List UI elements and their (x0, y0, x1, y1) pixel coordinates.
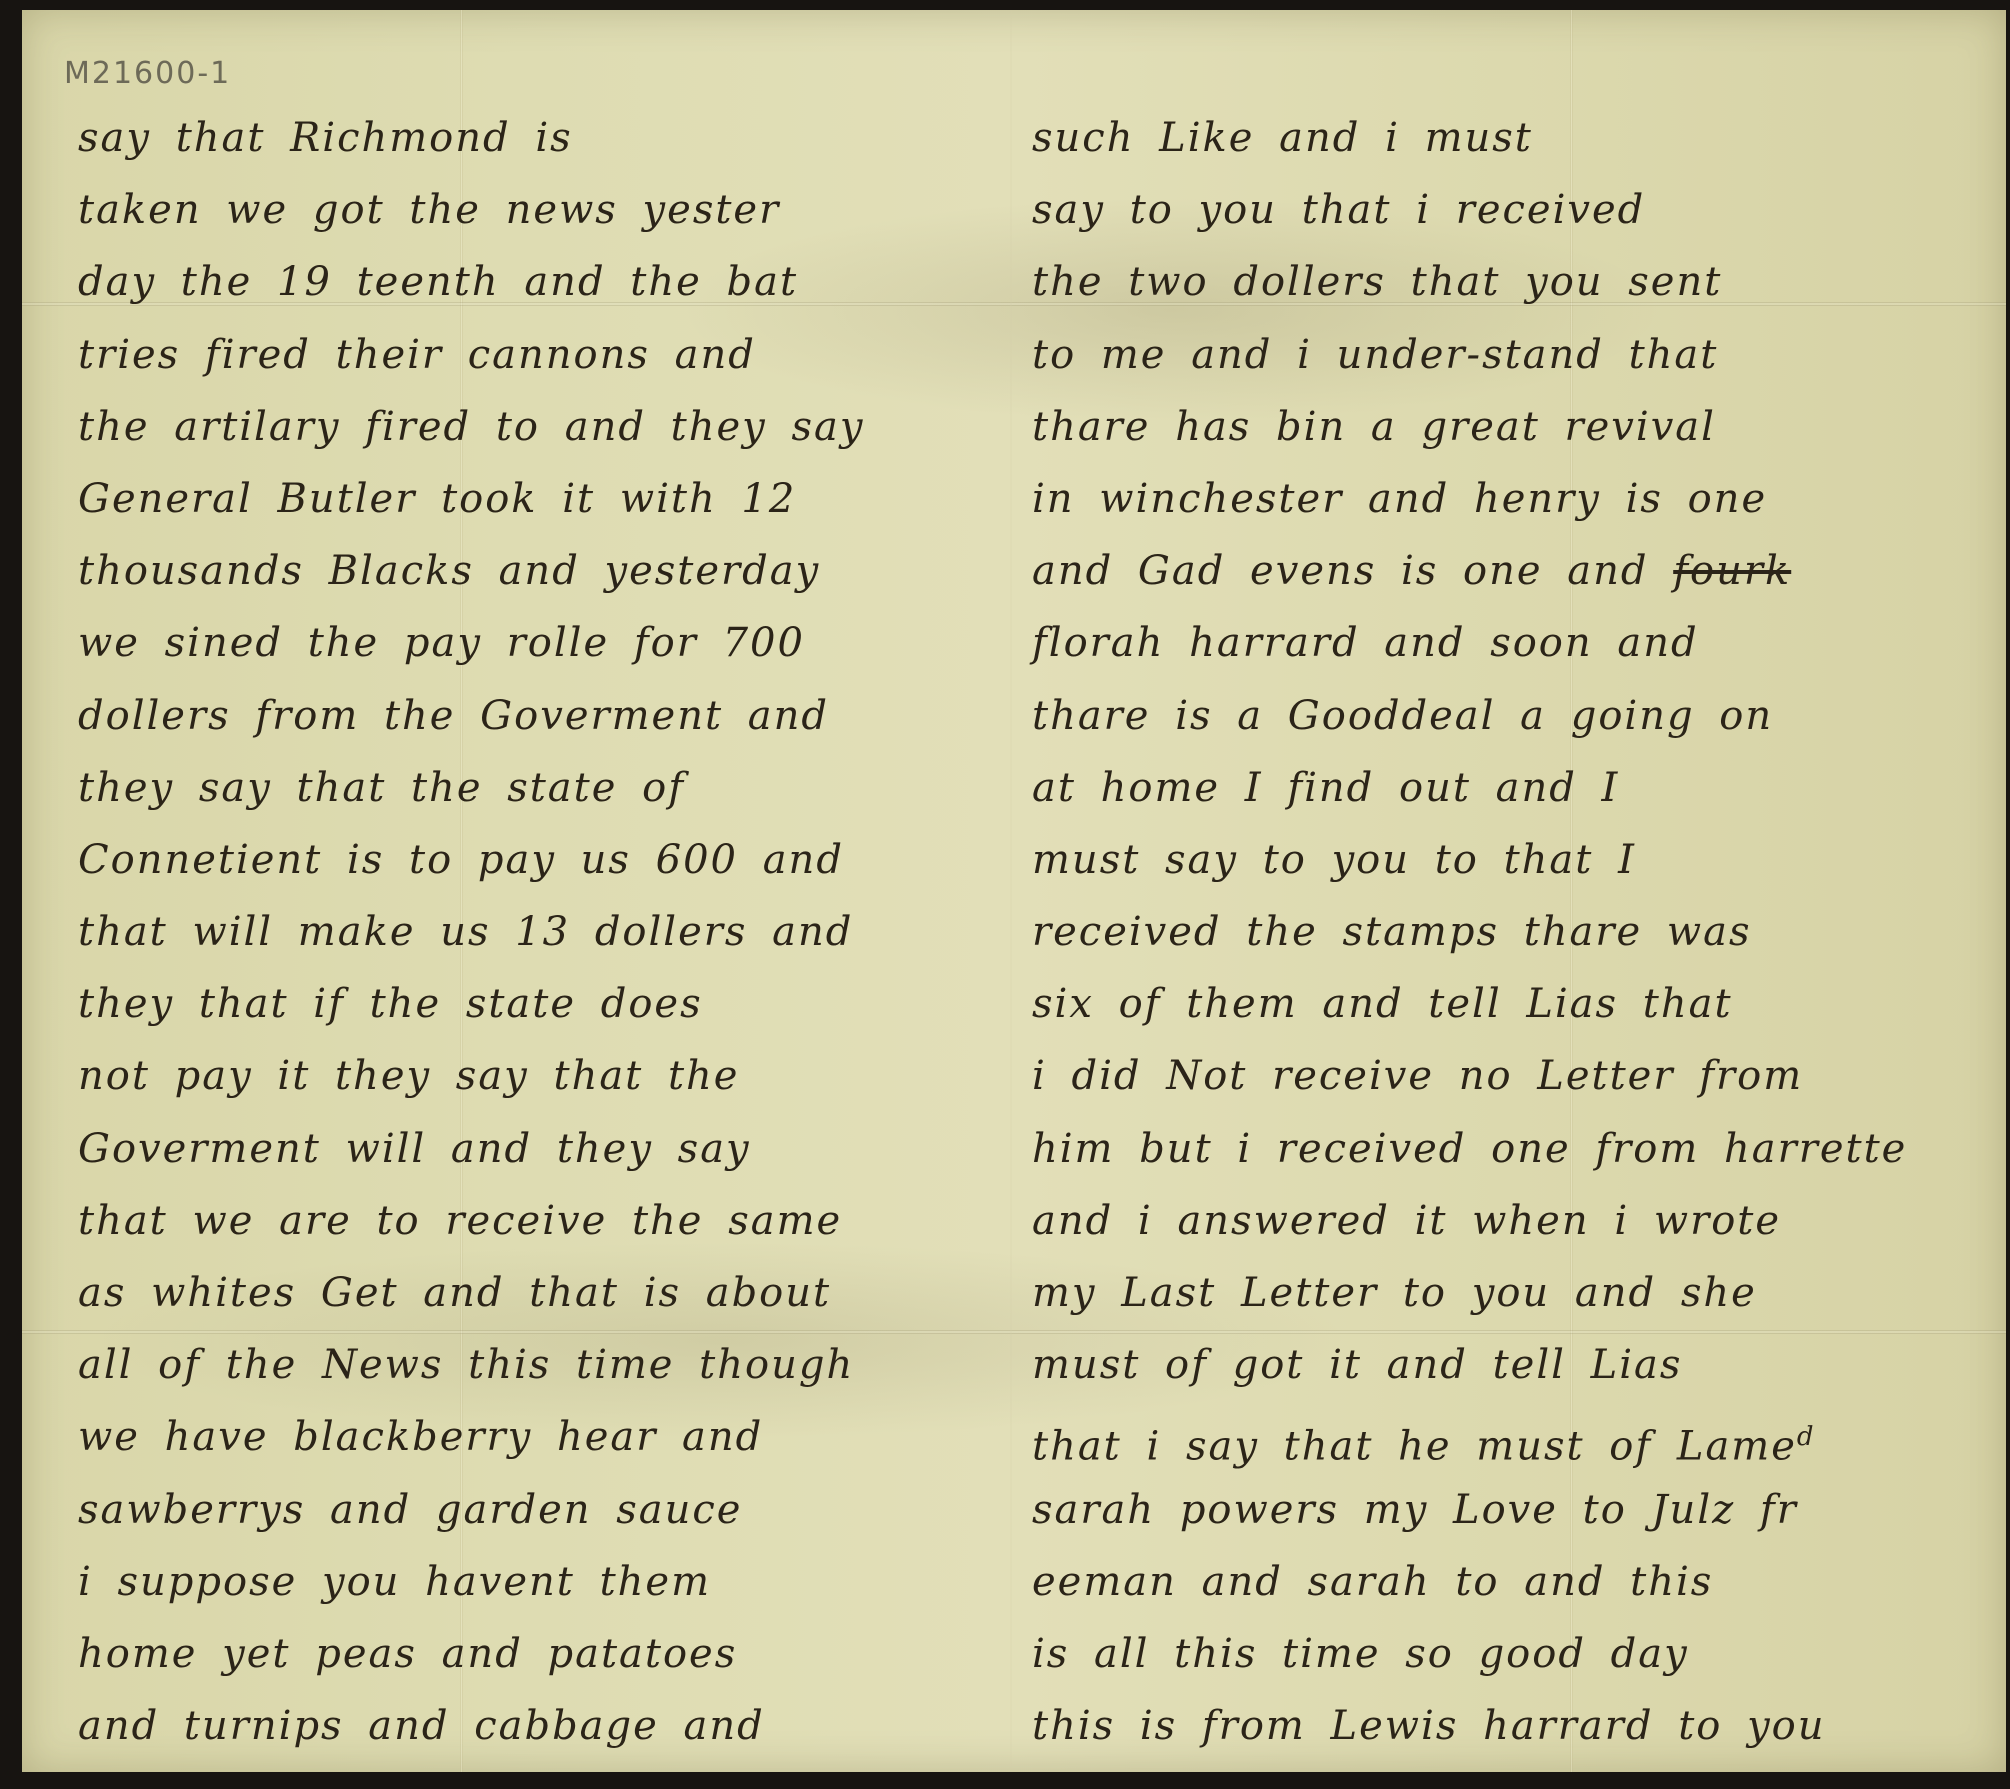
letter-page: M21600-1 say that Richmond is taken we g… (22, 10, 2006, 1772)
text-line: thare has bin a great revival (1032, 391, 2010, 463)
text-line: i suppose you havent them (78, 1546, 1018, 1618)
text-line: the artilary fired to and they say (78, 391, 1018, 463)
text-line-with-strikeout: and Gad evens is one and fourk (1032, 535, 2010, 607)
text-line: home yet peas and patatoes (78, 1618, 1018, 1690)
text-line: thare is a Gooddeal a going on (1032, 680, 2010, 752)
text-fragment: that i say that he must of Lame (1032, 1424, 1797, 1470)
text-line: must say to you to that I (1032, 824, 2010, 896)
text-line-with-insertion: that i say that he must of Lamed (1032, 1401, 2010, 1473)
text-line: all of the News this time though (78, 1329, 1018, 1401)
text-line: him but i received one from harrette (1032, 1113, 2010, 1185)
text-line: we sined the pay rolle for 700 (78, 607, 1018, 679)
text-line: and i answered it when i wrote (1032, 1185, 2010, 1257)
text-line: sarah powers my Love to Julz fr (1032, 1474, 2010, 1546)
text-line: must of got it and tell Lias (1032, 1329, 2010, 1401)
left-column-text: say that Richmond is taken we got the ne… (78, 102, 1018, 1762)
text-line: eeman and sarah to and this (1032, 1546, 2010, 1618)
text-line: at home I find out and I (1032, 752, 2010, 824)
text-line: they that if the state does (78, 968, 1018, 1040)
text-line: they say that the state of (78, 752, 1018, 824)
text-line: my Last Letter to you and she (1032, 1257, 2010, 1329)
text-line: thousands Blacks and yesterday (78, 535, 1018, 607)
text-line: we have blackberry hear and (78, 1401, 1018, 1473)
text-line: that we are to receive the same (78, 1185, 1018, 1257)
text-line: say that Richmond is (78, 102, 1018, 174)
text-line: that will make us 13 dollers and (78, 896, 1018, 968)
text-line: in winchester and henry is one (1032, 463, 2010, 535)
text-line: six of them and tell Lias that (1032, 968, 2010, 1040)
text-line: tries fired their cannons and (78, 319, 1018, 391)
text-line: is all this time so good day (1032, 1618, 2010, 1690)
text-line: Goverment will and they say (78, 1113, 1018, 1185)
text-line: i did Not receive no Letter from (1032, 1040, 2010, 1112)
text-line: say to you that i received (1032, 174, 2010, 246)
text-line: to me and i under-stand that (1032, 319, 2010, 391)
archive-id-label: M21600-1 (64, 56, 231, 91)
text-line: dollers from the Goverment and (78, 680, 1018, 752)
text-line: received the stamps thare was (1032, 896, 2010, 968)
text-line: this is from Lewis harrard to you (1032, 1690, 2010, 1762)
scan-frame: M21600-1 say that Richmond is taken we g… (0, 0, 2010, 1789)
text-fragment: and Gad evens is one and (1032, 548, 1648, 594)
text-line: General Butler took it with 12 (78, 463, 1018, 535)
struck-word: fourk (1673, 548, 1791, 594)
text-line: the two dollers that you sent (1032, 246, 2010, 318)
text-line: not pay it they say that the (78, 1040, 1018, 1112)
text-line: such Like and i must (1032, 102, 2010, 174)
text-line: florah harrard and soon and (1032, 607, 2010, 679)
text-line: taken we got the news yester (78, 174, 1018, 246)
text-line: Connetient is to pay us 600 and (78, 824, 1018, 896)
text-line: as whites Get and that is about (78, 1257, 1018, 1329)
inserted-letter: d (1797, 1422, 1816, 1452)
text-line: day the 19 teenth and the bat (78, 246, 1018, 318)
text-line: sawberrys and garden sauce (78, 1474, 1018, 1546)
text-line: and turnips and cabbage and (78, 1690, 1018, 1762)
right-column-text: such Like and i must say to you that i r… (1032, 102, 2010, 1762)
